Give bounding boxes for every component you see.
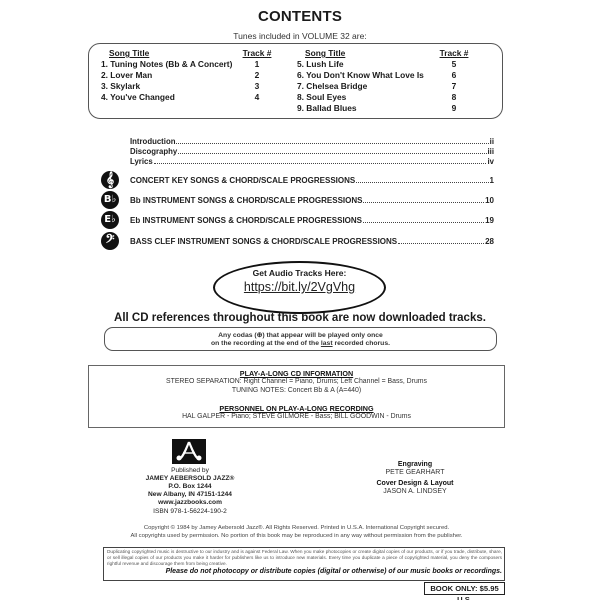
toc-label: Bb INSTRUMENT SONGS & CHORD/SCALE PROGRE… — [130, 196, 362, 205]
publisher-name: JAMEY AEBERSOLD JAZZ® — [120, 475, 260, 482]
song-title: 2. Lover Man — [101, 70, 152, 80]
track-number: 5 — [434, 59, 474, 70]
track-header: Track # — [237, 48, 277, 59]
song-row: 6. You Don't Know What Love Is — [297, 70, 447, 81]
toc-leader-dots — [363, 222, 484, 223]
song-title: 5. Lush Life — [297, 59, 344, 69]
personnel-list: HAL GALPER - Piano; STEVE GILMORE - Bass… — [88, 413, 505, 420]
toc-label: Lyrics — [130, 157, 153, 166]
publisher-po-box: P.O. Box 1244 — [120, 483, 260, 490]
track-number: 1 — [237, 59, 277, 70]
toc-entry-discography[interactable]: Discographyiii — [130, 147, 494, 156]
publisher-logo — [172, 439, 206, 464]
song-list-box: Song Title 1. Tuning Notes (Bb & A Conce… — [88, 43, 503, 119]
treble-clef-icon: 𝄞 — [101, 171, 119, 189]
toc-page: 1 — [490, 176, 494, 185]
toc-leader-dots — [176, 143, 488, 144]
song-title: 7. Chelsea Bridge — [297, 81, 367, 91]
toc-page: 19 — [485, 216, 494, 225]
engraving-label: Engraving — [330, 461, 500, 468]
cd-note: All CD references throughout this book a… — [0, 312, 600, 324]
track-number: 9 — [434, 103, 474, 114]
toc-entry-bass-clef[interactable]: BASS CLEF INSTRUMENT SONGS & CHORD/SCALE… — [130, 237, 494, 246]
song-title: 1. Tuning Notes (Bb & A Concert) — [101, 59, 232, 69]
coda-line-1: Any codas (⊕) that appear will be played… — [104, 331, 497, 339]
anti-piracy-text: Duplicating copyrighted music is destruc… — [107, 549, 502, 567]
cover-design-label: Cover Design & Layout — [330, 480, 500, 487]
toc-entry-introduction[interactable]: Introductionii — [130, 137, 494, 146]
toc-page: iii — [488, 147, 495, 156]
track-number: 7 — [434, 81, 474, 92]
toc-label: Eb INSTRUMENT SONGS & CHORD/SCALE PROGRE… — [130, 216, 362, 225]
published-by: Published by — [120, 467, 260, 474]
track-number: 2 — [237, 70, 277, 81]
copyright-line-1: Copyright © 1984 by Jamey Aebersold Jazz… — [88, 525, 505, 531]
track-number: 4 — [237, 92, 277, 103]
toc-leader-dots — [363, 202, 484, 203]
anti-piracy-notice: Please do not photocopy or distribute co… — [107, 568, 502, 575]
song-row: 7. Chelsea Bridge — [297, 81, 447, 92]
publisher-city: New Albany, IN 47151-1244 — [120, 491, 260, 498]
personnel-heading: PERSONNEL ON PLAY-A-LONG RECORDING — [88, 404, 505, 413]
song-title: 4. You've Changed — [101, 92, 175, 102]
price-label: BOOK ONLY: $5.95 U.S. — [424, 582, 505, 595]
song-title: 9. Ballad Blues — [297, 103, 357, 113]
coda-text: recorded chorus. — [333, 340, 390, 347]
toc-label: BASS CLEF INSTRUMENT SONGS & CHORD/SCALE… — [130, 237, 397, 246]
page-title: CONTENTS — [0, 8, 600, 25]
track-header: Track # — [434, 48, 474, 59]
copyright-line-2: All copyrights used by permission. No po… — [88, 533, 505, 539]
toc-label: Discography — [130, 147, 177, 156]
track-number: 6 — [434, 70, 474, 81]
toc-entry-concert-key[interactable]: CONCERT KEY SONGS & CHORD/SCALE PROGRESS… — [130, 176, 494, 185]
audio-label: Get Audio Tracks Here: — [213, 268, 386, 278]
song-column-right: Song Title 5. Lush Life 6. You Don't Kno… — [297, 48, 447, 114]
e-flat-icon: E♭ — [101, 211, 119, 229]
toc-leader-dots — [178, 153, 486, 154]
playalong-heading: PLAY-A-LONG CD INFORMATION — [88, 369, 505, 378]
song-title: 8. Soul Eyes — [297, 92, 346, 102]
track-column-left: Track # 1 2 3 4 — [237, 48, 277, 103]
toc-page: 10 — [485, 196, 494, 205]
isbn: ISBN 978-1-56224-190-2 — [120, 508, 260, 515]
song-title: 3. Skylark — [101, 81, 140, 91]
toc-label: Introduction — [130, 137, 175, 146]
song-title-header: Song Title — [297, 48, 447, 59]
toc-page: 28 — [485, 237, 494, 246]
toc-page: iv — [487, 157, 494, 166]
coda-line-2: on the recording at the end of the last … — [104, 340, 497, 347]
toc-leader-dots — [154, 163, 487, 164]
toc-entry-bb-instrument[interactable]: Bb INSTRUMENT SONGS & CHORD/SCALE PROGRE… — [130, 196, 494, 205]
toc-label: CONCERT KEY SONGS & CHORD/SCALE PROGRESS… — [130, 176, 355, 185]
tuning-notes: TUNING NOTES: Concert Bb & A (A=440) — [88, 387, 505, 394]
song-row: 8. Soul Eyes — [297, 92, 447, 103]
audio-link[interactable]: https://bit.ly/2VgVhg — [213, 280, 386, 294]
toc-leader-dots — [356, 182, 488, 183]
bass-clef-icon: 𝄢 — [101, 232, 119, 250]
track-number: 8 — [434, 92, 474, 103]
song-title: 6. You Don't Know What Love Is — [297, 70, 424, 80]
engraving-name: PETE GEARHART — [330, 469, 500, 476]
b-flat-icon: B♭ — [101, 191, 119, 209]
toc-page: ii — [490, 137, 494, 146]
toc-leader-dots — [398, 243, 484, 244]
cover-design-name: JASON A. LINDSEY — [330, 488, 500, 495]
track-number: 3 — [237, 81, 277, 92]
coda-text: on the recording at the end of the — [211, 340, 321, 347]
song-row: 5. Lush Life — [297, 59, 447, 70]
track-column-right: Track # 5 6 7 8 9 — [434, 48, 474, 114]
volume-subtitle: Tunes included in VOLUME 32 are: — [0, 31, 600, 41]
stereo-separation: STEREO SEPARATION: Right Channel = Piano… — [88, 378, 505, 385]
publisher-website[interactable]: www.jazzbooks.com — [120, 499, 260, 506]
song-row: 9. Ballad Blues — [297, 103, 447, 114]
coda-emphasis: last — [321, 340, 333, 347]
toc-entry-lyrics[interactable]: Lyricsiv — [130, 157, 494, 166]
toc-entry-eb-instrument[interactable]: Eb INSTRUMENT SONGS & CHORD/SCALE PROGRE… — [130, 216, 494, 225]
